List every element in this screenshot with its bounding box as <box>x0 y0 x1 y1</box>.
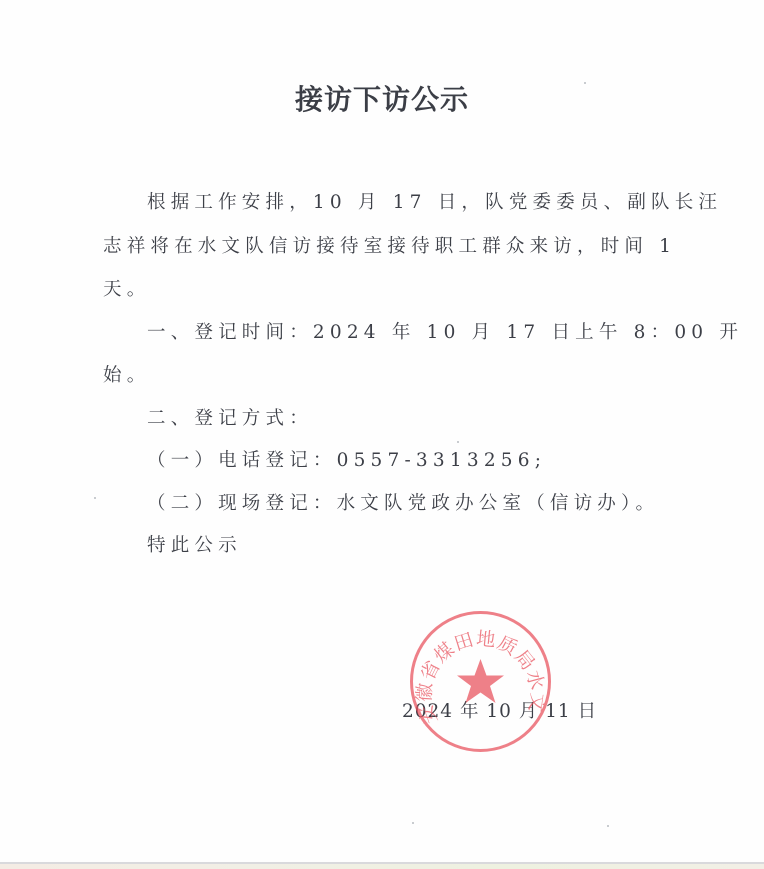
phone-registration: （一）电话登记：0557-3313256; <box>147 446 546 472</box>
scan-speck <box>412 822 414 824</box>
scan-speck <box>607 825 609 827</box>
official-seal-icon: 安徽省煤田地质局水文勘探队 <box>408 609 553 754</box>
scan-speck <box>94 497 96 499</box>
document-title: 接访下访公示 <box>0 78 764 118</box>
onsite-registration: （二）现场登记：水文队党政办公室（信访办）。 <box>147 489 659 515</box>
registration-time-line-2: 始。 <box>103 361 150 387</box>
closing-notice: 特此公示 <box>147 531 242 557</box>
page-bottom-strip <box>0 864 764 869</box>
registration-time-line-1: 一、登记时间：2024 年 10 月 17 日上午 8：00 开 <box>147 318 743 344</box>
paragraph-1-line-3: 天。 <box>103 275 150 301</box>
paragraph-1-line-1: 根据工作安排，10 月 17 日，队党委委员、副队长汪 <box>147 188 722 214</box>
document-page: 接访下访公示 根据工作安排，10 月 17 日，队党委委员、副队长汪 志祥将在水… <box>0 0 764 862</box>
registration-method-heading: 二、登记方式： <box>147 404 313 430</box>
scan-speck <box>457 441 459 443</box>
scan-speck <box>584 82 586 84</box>
paragraph-1-line-2: 志祥将在水文队信访接待室接待职工群众来访，时间 1 <box>103 232 676 258</box>
